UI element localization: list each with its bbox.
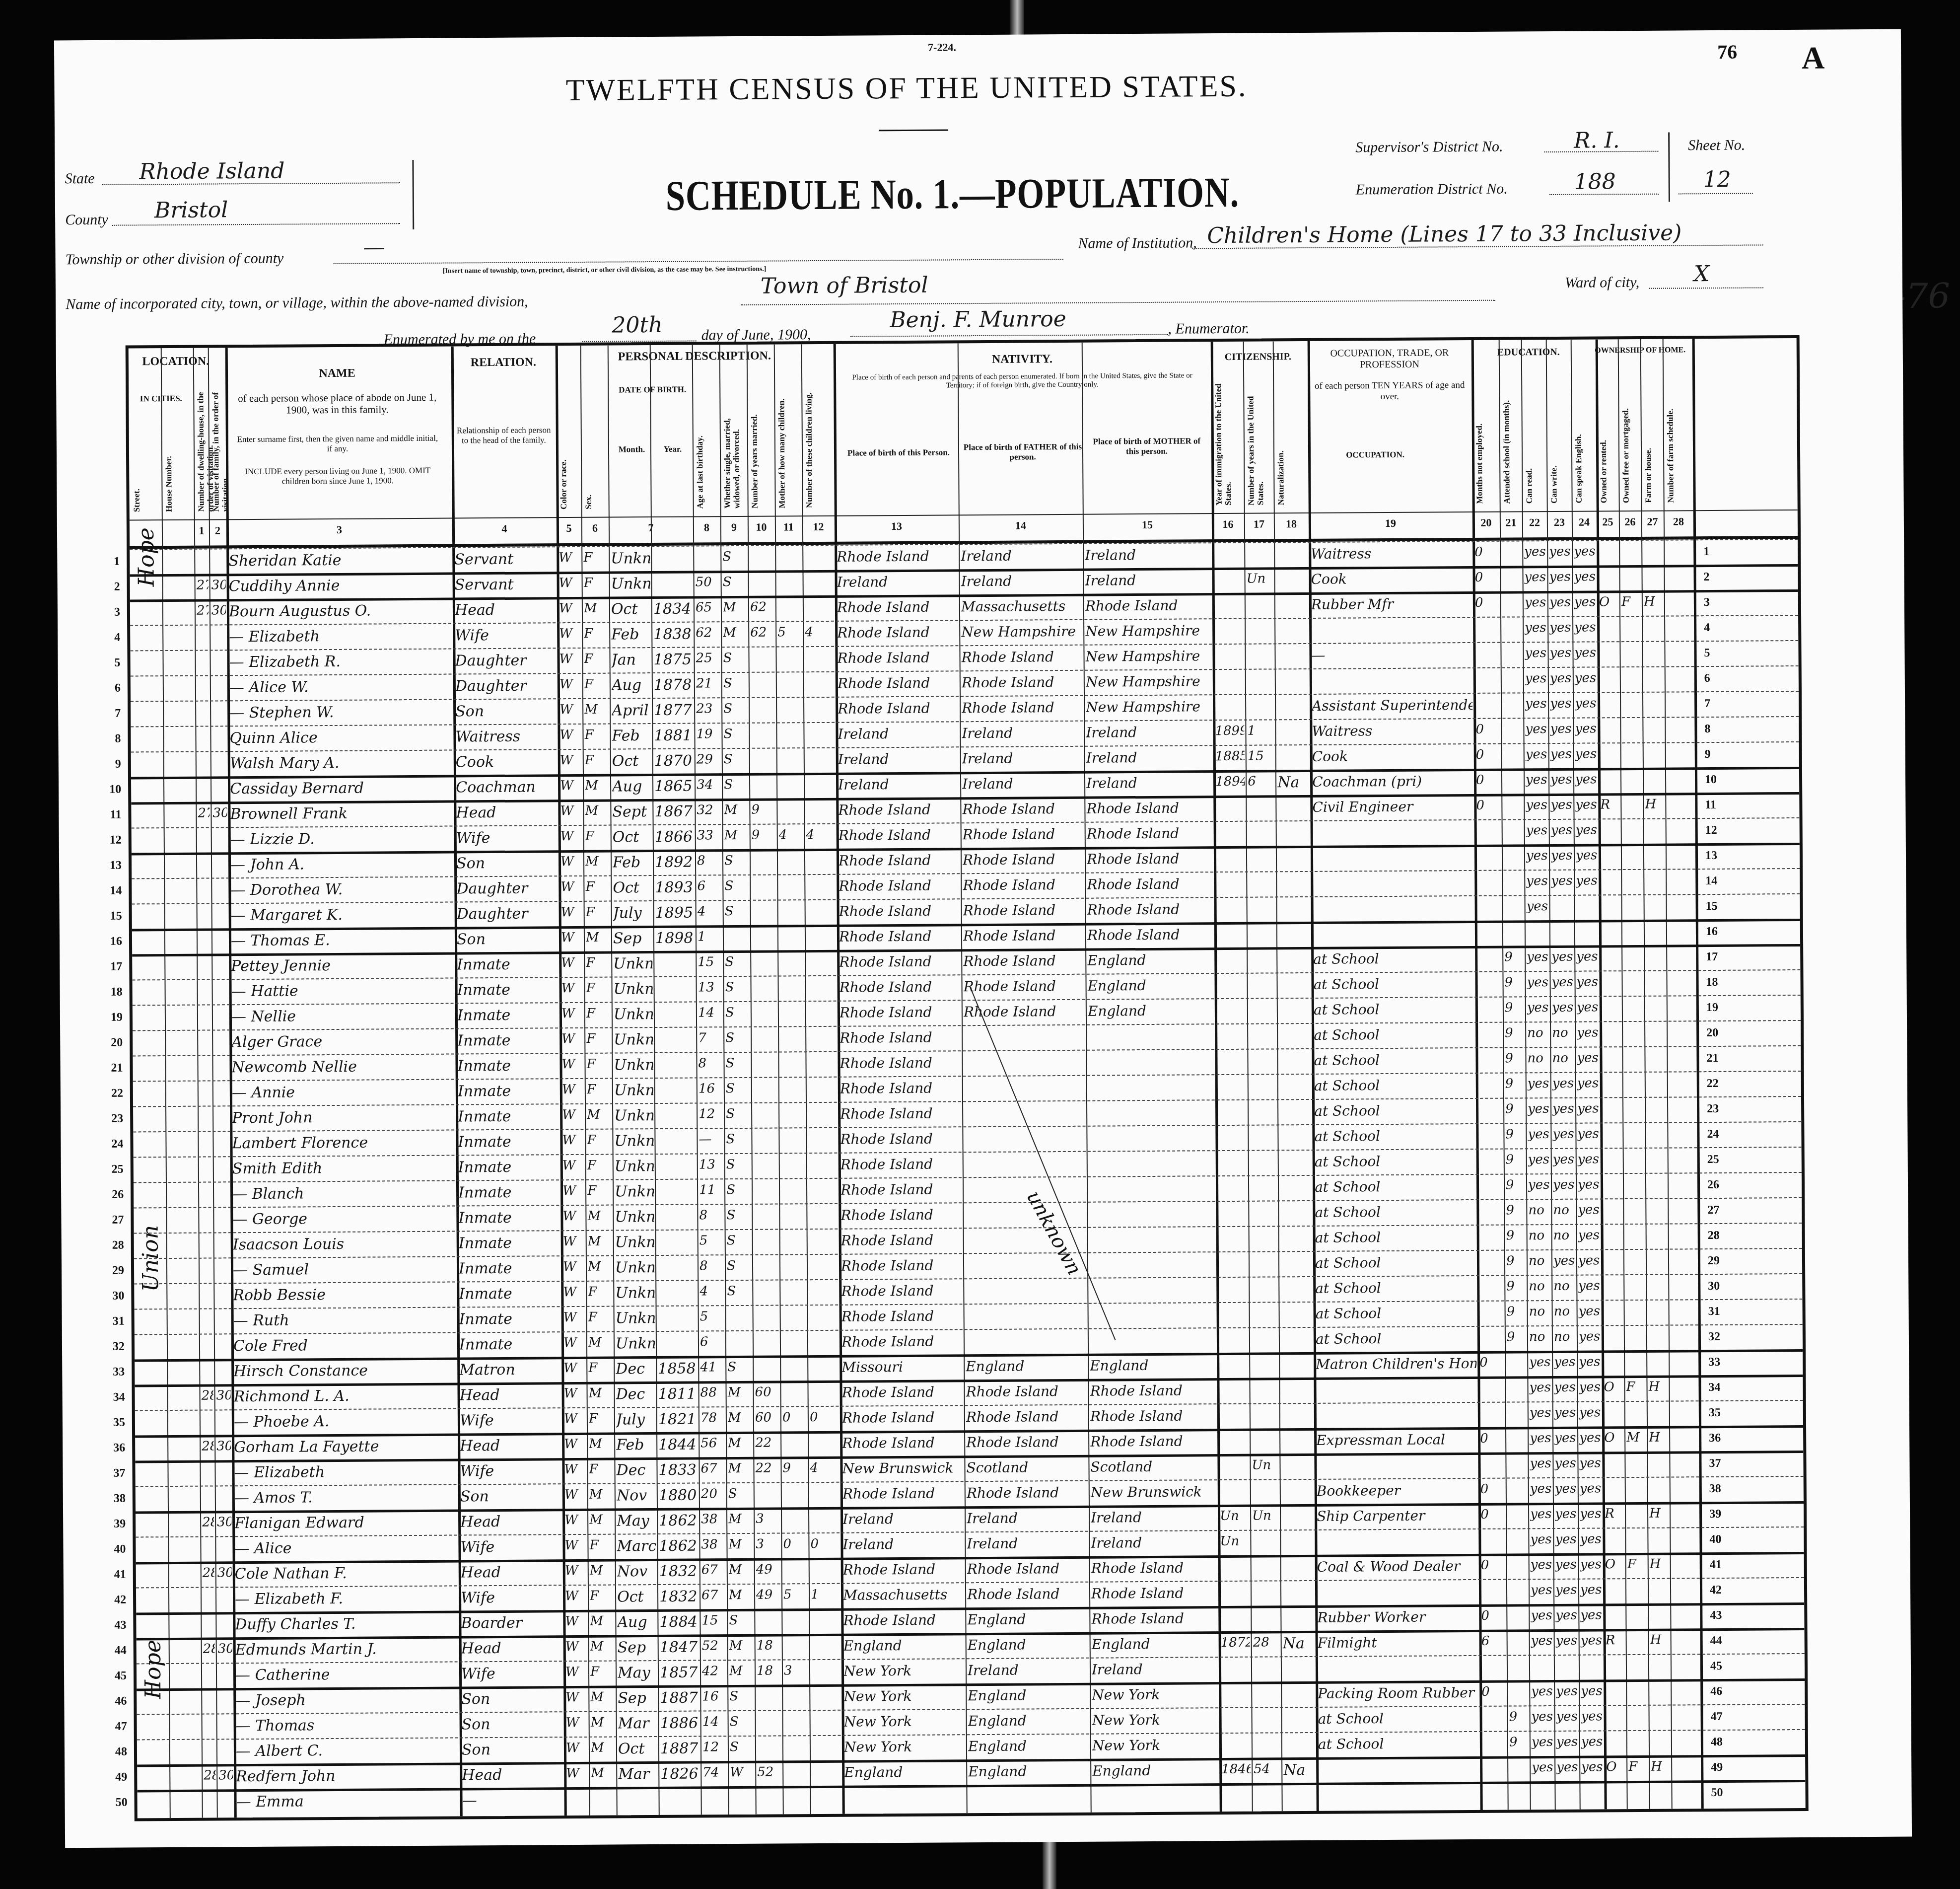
cell-year: 1865 [654, 778, 694, 795]
cell-farm: H [1644, 594, 1663, 609]
cell-year: 1847 [660, 1639, 699, 1656]
cell-name: Brownell Frank [230, 804, 453, 823]
cell-rel: Boarder [461, 1614, 562, 1632]
cell-ym: 49 [756, 1588, 780, 1602]
cell-bp: Rhode Island [840, 1156, 962, 1172]
cell-mar: W [730, 1765, 754, 1780]
township-label: Township or other division of county [66, 250, 284, 269]
cell-color: W [564, 1462, 586, 1477]
cell-sch: 9 [1506, 1228, 1526, 1243]
cell-mar: S [723, 727, 748, 741]
cell-month: Unknown [614, 1082, 653, 1099]
line-number-right: 32 [1708, 1330, 1733, 1344]
cell-sex: M [591, 1766, 615, 1781]
cell-own: O [1604, 1380, 1623, 1394]
cell-wr: yes [1550, 747, 1572, 762]
cell-farm: H [1648, 1380, 1668, 1394]
cell-age: 65 [696, 600, 720, 615]
cell-color: W [561, 955, 583, 970]
cell-color: W [561, 981, 583, 996]
cell-age: 67 [701, 1588, 726, 1602]
cell-yus: 28 [1253, 1635, 1280, 1650]
cell-wr: yes [1550, 671, 1572, 686]
cell-bp: Rhode Island [841, 1308, 963, 1324]
cell-year: 1893 [655, 879, 694, 896]
census-title: TWELFTH CENSUS OF THE UNITED STATES. [565, 69, 1247, 108]
township-line [334, 259, 1063, 264]
vheader-family: Number of family, in the order of visita… [211, 387, 224, 511]
street-note-hope: Hope [134, 527, 159, 586]
supervisor-label: Supervisor's District No. [1355, 139, 1503, 156]
cell-bf: Rhode Island [963, 851, 1084, 868]
cell-age: 15 [701, 1613, 726, 1628]
cell-sex: F [588, 1310, 613, 1325]
cell-en: yes [1579, 1455, 1601, 1470]
cell-month: Unknown [611, 575, 650, 592]
cell-month: Aug [612, 676, 651, 694]
institution-label: Name of Institution, [1078, 234, 1196, 252]
cell-occ: at School [1314, 1077, 1475, 1094]
cell-bm: Rhode Island [1090, 1433, 1216, 1450]
cell-month: Nov [617, 1563, 656, 1580]
ward-line [1649, 287, 1763, 289]
line-number-right: 29 [1708, 1254, 1733, 1268]
cell-wr: yes [1549, 646, 1571, 660]
cell-rd: yes [1530, 1532, 1552, 1547]
line-number-left: 44 [102, 1644, 127, 1658]
column-number: 9 [720, 521, 748, 534]
cell-month: Unknown [615, 1183, 654, 1200]
cell-bf: Rhode Island [962, 800, 1083, 817]
line-number-left: 48 [102, 1745, 127, 1759]
line-number-left: 24 [98, 1138, 123, 1151]
line-number-right: 38 [1709, 1482, 1734, 1496]
cell-bm [1089, 1230, 1215, 1231]
line-number-left: 3 [95, 606, 120, 619]
cell-ym: 49 [756, 1562, 780, 1577]
cell-mar: S [726, 1106, 750, 1121]
cell-bf: Ireland [961, 573, 1082, 589]
vheader-farm-schedule: Number of farm schedule. [1666, 378, 1691, 503]
cell-mar: M [728, 1461, 752, 1476]
cell-rel: Son [455, 702, 557, 720]
cell-age: 34 [697, 777, 721, 792]
cell-color: W [561, 905, 583, 920]
cell-age: 12 [702, 1740, 727, 1754]
cell-own: R [1605, 1506, 1624, 1521]
cell-color: W [563, 1259, 585, 1274]
cell-month: Sept [612, 803, 651, 820]
cell-bm: Ireland [1091, 1534, 1217, 1551]
cell-bp: Rhode Island [838, 700, 959, 717]
cell-wr: yes [1550, 772, 1572, 787]
line-number-left: 38 [101, 1492, 126, 1506]
cell-bf [964, 1054, 1085, 1054]
cell-mu: 0 [1475, 595, 1499, 610]
cell-sex: M [588, 1335, 613, 1350]
cell-month: Unknown [614, 1031, 653, 1048]
cell-sex: F [586, 905, 610, 920]
cell-sex: F [587, 1183, 612, 1198]
cell-year: 1811 [658, 1385, 697, 1403]
cell-name: — Elizabeth F. [235, 1589, 458, 1608]
cell-age: 50 [696, 575, 720, 589]
line-number-right: 30 [1708, 1280, 1733, 1293]
cell-bp: Rhode Island [840, 1206, 962, 1223]
cell-bf: Rhode Island [963, 902, 1084, 919]
line-number-right: 27 [1707, 1204, 1732, 1217]
cell-color: W [561, 930, 583, 945]
cell-rd: yes [1527, 949, 1548, 964]
cell-sch: 9 [1505, 1127, 1525, 1142]
cell-bm: Rhode Island [1091, 1610, 1217, 1627]
line-number-left: 26 [99, 1188, 124, 1202]
cell-sex: F [584, 677, 609, 692]
hdr-name: NAME [225, 366, 449, 381]
cell-ym: 62 [750, 625, 774, 640]
cell-color: W [559, 626, 581, 641]
cell-rd: yes [1531, 1684, 1553, 1699]
cell-occ: Waitress [1311, 545, 1471, 562]
column-number: 25 [1597, 515, 1619, 528]
cell-name: — Thomas E. [231, 931, 454, 950]
cell-mar: S [728, 1486, 753, 1501]
cell-wr: yes [1550, 722, 1572, 736]
cell-sch: 9 [1509, 1735, 1529, 1749]
column-number: 14 [959, 519, 1083, 533]
cell-rd: yes [1530, 1507, 1552, 1522]
cell-month: Mar [618, 1715, 657, 1732]
cell-bf: Ireland [961, 547, 1082, 564]
cell-occ: Assistant Superintendent [1312, 697, 1472, 714]
line-number-left: 30 [99, 1290, 124, 1303]
cell-name: Smith Edith [232, 1159, 455, 1178]
cell-free: F [1627, 1557, 1647, 1572]
cell-bf: Rhode Island [967, 1560, 1088, 1577]
cell-rel: Head [460, 1437, 561, 1454]
cell-rd: yes [1527, 899, 1548, 914]
cell-age: 13 [698, 980, 722, 995]
cell-sch: 9 [1505, 1101, 1525, 1116]
cell-rel: Head [462, 1766, 563, 1784]
cell-month: May [618, 1664, 657, 1681]
cell-bp: Rhode Island [840, 1054, 961, 1071]
cell-en: yes [1579, 1380, 1601, 1394]
cell-wr: no [1554, 1304, 1576, 1319]
vheader-house-number: House Number. [164, 388, 192, 512]
line-number-right: 6 [1704, 672, 1729, 685]
line-number-left: 49 [102, 1771, 127, 1784]
cell-age: 52 [702, 1638, 726, 1653]
vheader-read: Can read. [1524, 379, 1545, 504]
cell-rel: Wife [455, 626, 556, 644]
cell-name: Isaacson Louis [233, 1235, 456, 1254]
cell-bp: Rhode Island [839, 877, 960, 894]
column-number: 3 [226, 523, 452, 537]
cell-year: 1895 [655, 904, 695, 922]
cell-sch: 9 [1506, 1203, 1525, 1218]
cell-bm [1088, 1103, 1214, 1104]
line-number-left: 28 [99, 1239, 124, 1252]
column-number: 5 [557, 522, 581, 535]
cell-color: W [565, 1665, 587, 1679]
cell-sex: F [585, 753, 609, 768]
cell-year: 1832 [659, 1563, 699, 1580]
cell-occ: at School [1314, 1001, 1474, 1018]
cell-occ: Cook [1311, 570, 1471, 587]
cell-wr: yes [1555, 1583, 1577, 1598]
cell-occ [1313, 899, 1474, 900]
cell-rd: no [1527, 1025, 1549, 1040]
cell-rel: Inmate [458, 1183, 560, 1201]
line-number-right: 24 [1707, 1128, 1732, 1141]
cell-color: W [560, 854, 582, 869]
cell-month: Sep [618, 1689, 657, 1707]
cell-en: yes [1579, 1405, 1601, 1420]
cell-wr: yes [1553, 1152, 1575, 1167]
cell-sex: M [590, 1690, 615, 1705]
city-label: Name of incorporated city, town, or vill… [66, 293, 528, 313]
cell-bp: Rhode Island [840, 1029, 961, 1046]
cell-bm: England [1087, 977, 1213, 994]
cell-rd: yes [1531, 1608, 1552, 1623]
column-number: 27 [1641, 515, 1664, 528]
cell-name: — Alice [234, 1538, 457, 1557]
cell-own: R [1600, 797, 1619, 812]
cell-rd: yes [1528, 1076, 1549, 1091]
cell-month: Feb [611, 626, 650, 643]
cell-year: 1862 [659, 1537, 698, 1555]
cell-sex: F [585, 879, 610, 894]
cell-rd: yes [1530, 1405, 1551, 1420]
cell-month: Unknown [614, 1107, 653, 1124]
cell-bp: Rhode Island [839, 902, 960, 919]
cell-bf: England [966, 1358, 1087, 1375]
cell-mar: S [724, 878, 749, 893]
cell-sch: 9 [1505, 1000, 1524, 1015]
cell-age: 7 [698, 1030, 722, 1045]
cell-sex: F [583, 550, 608, 565]
cell-age: 13 [699, 1157, 723, 1172]
cell-dw: 277 [197, 578, 209, 593]
column-number: 17 [1244, 517, 1274, 530]
cell-rel: Inmate [457, 1057, 559, 1075]
cell-rel: Wife [461, 1589, 562, 1606]
cell-yus: 6 [1248, 774, 1274, 789]
cell-en: yes [1580, 1481, 1602, 1496]
cell-sex: M [587, 1209, 612, 1224]
vheader-marital: Whether single, married, widowed, or div… [722, 384, 746, 509]
cell-occ: at School [1315, 1153, 1475, 1170]
cell-rel: Daughter [455, 677, 557, 695]
cell-ym: 18 [757, 1638, 781, 1653]
cell-name: — Blanch [232, 1184, 455, 1203]
cell-age: 38 [701, 1512, 725, 1526]
cell-farm: H [1650, 1557, 1669, 1572]
cell-cl: 0 [810, 1536, 840, 1551]
cell-fam: 305 [217, 1515, 231, 1529]
cell-bm: England [1092, 1635, 1218, 1653]
line-number-right: 48 [1711, 1736, 1736, 1749]
cell-age: 11 [699, 1182, 723, 1197]
cell-month: Unknown [615, 1284, 654, 1302]
cell-color: W [563, 1310, 585, 1325]
cell-color: W [563, 1386, 585, 1401]
line-number-right: 7 [1704, 697, 1729, 711]
cell-name: — Joseph [235, 1690, 458, 1709]
hdr-birth-person: Place of birth of this Person. [839, 447, 958, 458]
form-number: 7-224. [928, 41, 956, 54]
cell-occ: at School [1314, 1102, 1475, 1119]
cell-sex: M [585, 803, 609, 818]
hdr-relation: RELATION. [451, 356, 556, 369]
cell-bp: Rhode Island [842, 1409, 963, 1426]
cell-rel: Head [455, 601, 556, 619]
cell-sex: M [585, 854, 610, 869]
cell-farm: H [1649, 1506, 1669, 1521]
cell-rel: Head [456, 803, 557, 821]
cell-rel: Son [456, 854, 558, 872]
cell-en: yes [1575, 696, 1597, 711]
column-number: 12 [802, 520, 835, 533]
cell-en: yes [1581, 1633, 1603, 1648]
cell-bp: Rhode Island [838, 801, 959, 818]
cell-sch: 9 [1505, 1025, 1524, 1040]
cell-month: Sep [613, 930, 652, 947]
cell-sch: 9 [1504, 975, 1524, 990]
cell-bf: New Hampshire [961, 623, 1082, 640]
cell-rd: yes [1528, 1101, 1549, 1116]
cell-bp: Rhode Island [839, 826, 960, 843]
cell-color: W [561, 1006, 583, 1021]
line-number-left: 35 [100, 1416, 125, 1430]
line-number-left: 18 [98, 986, 123, 999]
cell-year: 1886 [660, 1715, 700, 1732]
cell-year: 1858 [658, 1360, 697, 1378]
line-number-left: 7 [96, 707, 121, 721]
cell-rel: Wife [460, 1538, 561, 1556]
line-number-left: 34 [100, 1391, 125, 1404]
cell-color: W [562, 1183, 584, 1198]
cell-mar: M [723, 625, 747, 640]
column-number: 21 [1500, 516, 1522, 529]
cell-sch: 9 [1506, 1177, 1525, 1192]
page-side-letter: A [1802, 40, 1825, 76]
cell-month: Unknown [615, 1259, 654, 1276]
cell-sch: 9 [1506, 1152, 1525, 1167]
cell-en: yes [1580, 1582, 1602, 1597]
cell-bm [1089, 1255, 1215, 1256]
cell-name: Redfern John [236, 1766, 459, 1785]
cell-farm: H [1645, 797, 1664, 812]
cell-rd: yes [1527, 1000, 1549, 1015]
cell-name: — Ruth [233, 1310, 456, 1329]
cell-age: 15 [698, 954, 722, 969]
cell-rd: yes [1528, 1152, 1550, 1167]
cell-en: yes [1578, 1152, 1600, 1166]
cell-bf: Rhode Island [966, 1434, 1087, 1451]
cell-en: yes [1574, 620, 1596, 635]
line-number-left: 16 [97, 935, 122, 948]
cell-free: M [1626, 1430, 1646, 1445]
cell-color: W [562, 1158, 584, 1173]
cell-occ: at School [1314, 1026, 1474, 1043]
cell-occ: at School [1315, 1254, 1476, 1271]
cell-year: 1857 [660, 1664, 699, 1681]
cell-rd: yes [1529, 1380, 1551, 1395]
column-number: 18 [1274, 517, 1309, 530]
cell-fam: 306 [217, 1565, 232, 1580]
cell-mar: S [729, 1689, 754, 1704]
cell-occ: Expressman Local [1316, 1431, 1477, 1449]
cell-bp: Rhode Island [840, 1004, 961, 1020]
cell-bp: Rhode Island [842, 1434, 963, 1451]
cell-rd: no [1527, 1051, 1549, 1066]
cell-en: yes [1579, 1354, 1601, 1369]
cell-bp: Rhode Island [841, 1257, 962, 1274]
line-number-left: 6 [96, 682, 121, 695]
cell-bm [1088, 1053, 1214, 1054]
cell-sex: M [589, 1487, 614, 1502]
cell-wr: no [1554, 1329, 1576, 1344]
hdr-occupation-sub: OCCUPATION. [1313, 449, 1437, 460]
brace-left [407, 160, 414, 229]
cell-name: Bourn Augustus O. [229, 602, 452, 621]
cell-name: — George [232, 1210, 455, 1229]
title-divider [879, 129, 948, 131]
cell-dw: 285 [204, 1768, 215, 1783]
cell-bp: Ireland [842, 1510, 964, 1527]
cell-bm: New Hampshire [1086, 698, 1212, 716]
cell-rd: yes [1530, 1481, 1552, 1496]
cell-occ [1318, 1786, 1479, 1787]
cell-dw: 281 [202, 1439, 213, 1453]
cell-bm: Rhode Island [1086, 799, 1212, 817]
cell-year: 1821 [658, 1411, 698, 1428]
cell-occ: at School [1316, 1305, 1476, 1322]
cell-en: yes [1578, 1177, 1600, 1192]
cell-sex: F [588, 1285, 612, 1300]
cell-rel: Daughter [456, 879, 558, 897]
cell-rd: yes [1526, 798, 1547, 812]
cell-age: 88 [700, 1385, 724, 1400]
cell-en: yes [1574, 645, 1596, 660]
cell-ym: 52 [757, 1765, 781, 1780]
cell-rd: yes [1525, 646, 1546, 660]
cell-cl: 4 [805, 625, 834, 640]
cell-rel: Inmate [457, 1006, 559, 1024]
cell-age: 20 [701, 1486, 725, 1501]
cell-sex: F [587, 1158, 612, 1173]
cell-en: yes [1577, 1025, 1599, 1040]
cell-wr: yes [1554, 1405, 1576, 1420]
line-number-left: 5 [95, 656, 120, 670]
cell-en: yes [1576, 873, 1598, 888]
cell-month: Unknown [613, 955, 652, 972]
cell-occ: at School [1315, 1203, 1475, 1221]
cell-mar: S [727, 1284, 751, 1299]
cell-occ: — [1311, 646, 1472, 663]
cell-bp: Rhode Island [840, 1080, 961, 1096]
cell-sex: M [585, 778, 609, 793]
cell-occ [1313, 823, 1473, 824]
line-number-right: 5 [1704, 647, 1729, 660]
cell-bp: Rhode Island [841, 1282, 962, 1299]
city-value: Town of Bristol [761, 273, 928, 299]
cell-month: Oct [611, 600, 650, 618]
cell-name: Walsh Mary A. [230, 754, 453, 773]
cell-moc: 9 [782, 1460, 807, 1475]
